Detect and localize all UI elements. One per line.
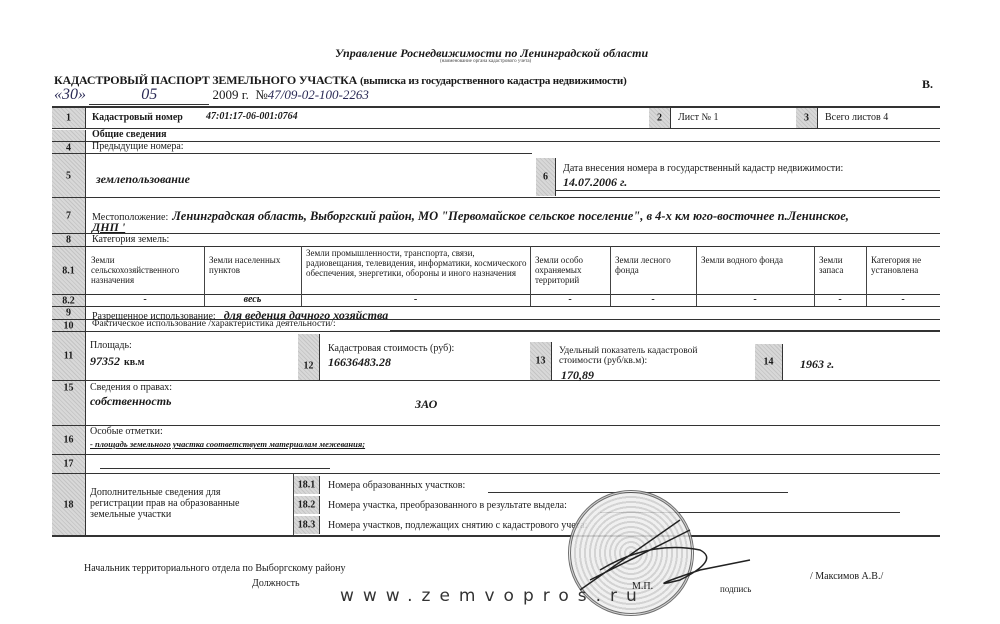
- location-value: Ленинградская область, Выборгский район,…: [172, 209, 849, 223]
- row-number-5: 5: [52, 154, 86, 197]
- row-number-6: 6: [536, 158, 556, 196]
- row-number-7: 7: [52, 198, 86, 233]
- row-number-18-1: 18.1: [294, 476, 320, 494]
- registration-date-value: 14.07.2006 г.: [563, 175, 627, 190]
- land-category-label: Категория земель:: [92, 234, 169, 245]
- unit-value: 170,89: [561, 368, 594, 383]
- year-value: 1963 г.: [800, 357, 834, 372]
- issue-year: 2009 г.: [213, 87, 249, 102]
- row-number-8: 8: [52, 234, 86, 246]
- land-category-header: Земли сельскохозяйственного назначения: [91, 255, 201, 285]
- formed-plots-label: Номера образованных участков:: [328, 480, 465, 491]
- area-label: Площадь:: [90, 340, 132, 351]
- watermark: www.zemvopros.ru: [340, 586, 646, 606]
- land-category-header: Земли запаса: [819, 255, 863, 275]
- land-category-header: Земли особо охраняемых территорий: [535, 255, 607, 285]
- row-number-8-2: 8.2: [52, 295, 86, 306]
- land-category-header: Земли промышленности, транспорта, связи,…: [306, 248, 527, 278]
- land-category-value: -: [530, 294, 610, 305]
- registration-date-label: Дата внесения номера в государственный к…: [563, 163, 843, 174]
- land-category-value: весь: [204, 294, 301, 305]
- row-number-3: 3: [796, 108, 818, 128]
- rights-value: собственность: [90, 394, 172, 409]
- row-number-17: 17: [52, 455, 86, 473]
- signer-position: Начальник территориального отдела по Выб…: [84, 563, 346, 574]
- area: 97352 кв.м: [90, 352, 144, 370]
- issue-month: 05: [89, 86, 209, 105]
- unit-value-label: Удельный показатель кадастровой стоимост…: [559, 346, 739, 366]
- document-title-sub: (выписка из государственного кадастра не…: [360, 75, 627, 87]
- row-number-18: 18: [52, 474, 86, 535]
- previous-numbers-value: землепользование: [96, 172, 190, 187]
- row-number-9: 9: [52, 307, 86, 319]
- removed-plots-label: Номера участков, подлежащих снятию с кад…: [328, 520, 587, 531]
- land-category-value: -: [696, 294, 814, 305]
- land-category-header: Земли водного фонда: [701, 255, 811, 265]
- row-number-4: 4: [52, 142, 86, 153]
- row-number-18-3: 18.3: [294, 516, 320, 534]
- total-sheets: Всего листов 4: [825, 112, 888, 123]
- corner-mark: В.: [922, 77, 933, 92]
- land-category-header: Земли населенных пунктов: [209, 255, 298, 275]
- row-number-11: 11: [52, 332, 86, 380]
- land-category-header: Категория не установлена: [871, 255, 937, 275]
- land-category-value: -: [301, 294, 530, 305]
- doc-number: 47/09-02-100-2263: [268, 87, 369, 102]
- land-category-value: -: [866, 294, 940, 305]
- row-number-16: 16: [52, 426, 86, 454]
- cadastral-value-label: Кадастровая стоимость (руб):: [328, 343, 454, 354]
- area-value: 97352: [90, 354, 120, 368]
- rights-owner: ЗАО: [415, 397, 437, 412]
- row-number-14: 14: [755, 344, 783, 380]
- land-category-value: -: [610, 294, 696, 305]
- cadastral-number-value: 47:01:17-06-001:0764: [206, 111, 298, 122]
- area-unit: кв.м: [124, 357, 144, 368]
- land-category-value: -: [814, 294, 866, 305]
- general-info-heading: Общие сведения: [92, 129, 167, 140]
- location-value-cont: ДНП ': [92, 220, 125, 235]
- issue-date-line: «30» 05 2009 г. №47/09-02-100-2263: [54, 86, 369, 105]
- signature-caption: подпись: [720, 584, 751, 594]
- row-number-13: 13: [530, 342, 552, 380]
- transformed-plot-label: Номера участка, преобразованного в резул…: [328, 500, 567, 511]
- land-category-header: Земли лесного фонда: [615, 255, 693, 275]
- document-title-main: КАДАСТРОВЫЙ ПАСПОРТ ЗЕМЕЛЬНОГО УЧАСТКА: [54, 73, 357, 87]
- special-notes-value: - площадь земельного участка соответству…: [90, 439, 365, 449]
- issue-day: «30»: [54, 86, 86, 103]
- signer-name: / Максимов А.В./: [810, 571, 883, 582]
- previous-numbers-label: Предыдущие номера:: [92, 141, 184, 152]
- issuing-office-caption: (наименование органа кадастрового учета): [440, 59, 531, 64]
- additional-info-label: Дополнительные сведения для регистрации …: [90, 487, 270, 520]
- cadastral-value: 16636483.28: [328, 355, 391, 370]
- rights-label: Сведения о правах:: [90, 382, 172, 393]
- land-category-value: -: [86, 294, 204, 305]
- location: Местоположение: Ленинградская область, В…: [92, 207, 849, 225]
- row-number-1: 1: [52, 108, 86, 128]
- actual-use-label: Фактическое использование /характеристик…: [92, 319, 336, 329]
- special-notes-label: Особые отметки:: [90, 426, 163, 437]
- sheet-number: Лист № 1: [678, 112, 718, 123]
- row-number-15: 15: [52, 381, 86, 425]
- row-number-blank: [52, 130, 86, 141]
- row-number-12: 12: [298, 334, 320, 380]
- position-caption: Должность: [252, 578, 300, 589]
- row-number-2: 2: [649, 108, 671, 128]
- doc-number-prefix: №: [255, 87, 267, 102]
- row-number-18-2: 18.2: [294, 496, 320, 514]
- row-number-8-1: 8.1: [52, 247, 86, 294]
- cadastral-number-label: Кадастровый номер: [92, 112, 183, 123]
- row-number-10: 10: [52, 320, 86, 331]
